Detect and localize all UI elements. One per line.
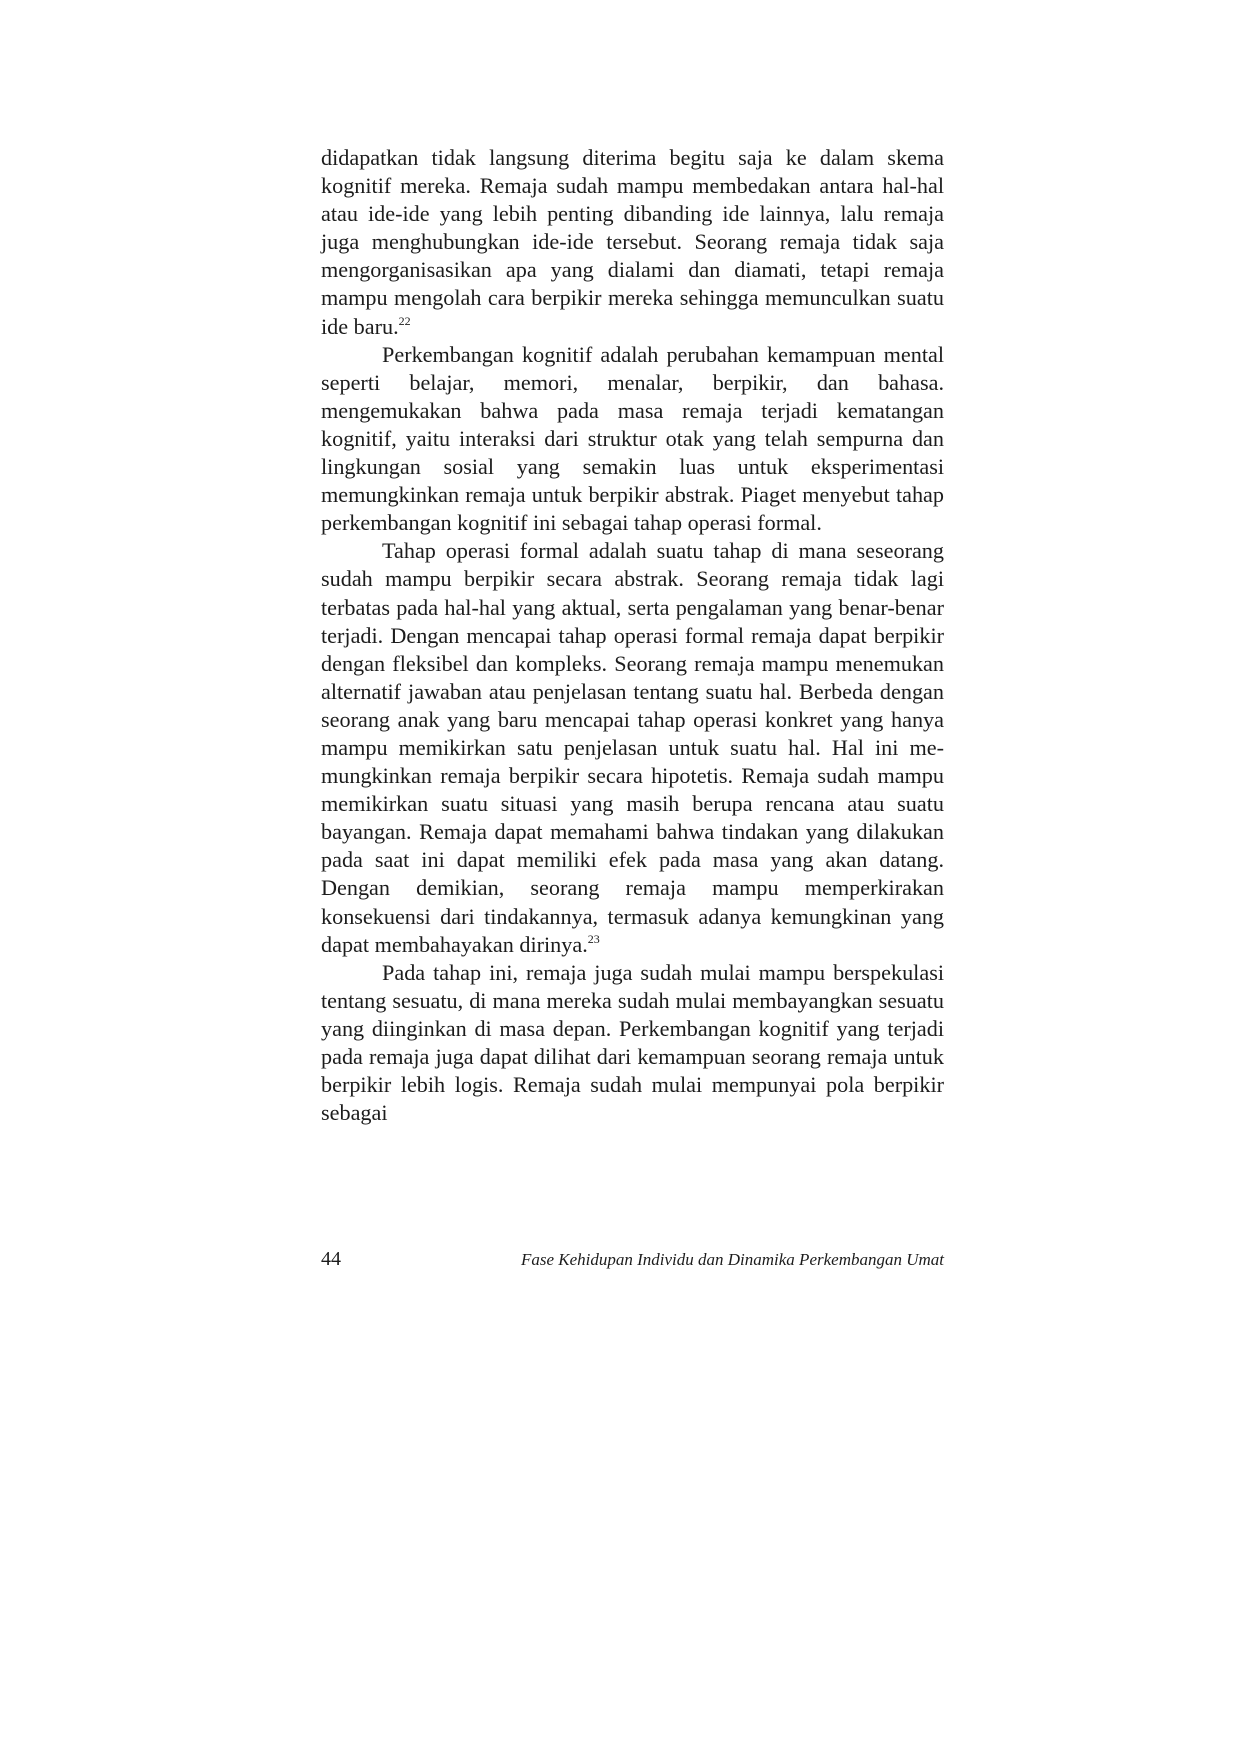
running-title: Fase Kehidupan Individu dan Dinamika Per… — [521, 1250, 944, 1270]
paragraph-text: Pada tahap ini, remaja juga sudah mulai … — [321, 960, 944, 1125]
paragraph-text: Perkembangan kognitif adalah perubahan k… — [321, 342, 944, 536]
page-footer: 44 Fase Kehidupan Individu dan Dinamika … — [321, 1248, 944, 1272]
paragraph-1: didapatkan tidak langsung diterima begit… — [321, 144, 944, 341]
book-page: didapatkan tidak langsung diterima begit… — [0, 0, 1240, 1754]
paragraph-3: Tahap operasi formal adalah suatu tahap … — [321, 537, 944, 958]
footnote-ref-23: 23 — [588, 932, 600, 946]
body-text: didapatkan tidak langsung diterima begit… — [321, 144, 944, 1127]
paragraph-2: Perkembangan kognitif adalah perubahan k… — [321, 341, 944, 538]
footnote-ref-22: 22 — [399, 314, 411, 328]
paragraph-4: Pada tahap ini, remaja juga sudah mulai … — [321, 959, 944, 1128]
paragraph-text: didapatkan tidak langsung diterima begit… — [321, 145, 944, 339]
page-number: 44 — [321, 1248, 341, 1271]
paragraph-text: Tahap operasi formal adalah suatu tahap … — [321, 538, 944, 956]
